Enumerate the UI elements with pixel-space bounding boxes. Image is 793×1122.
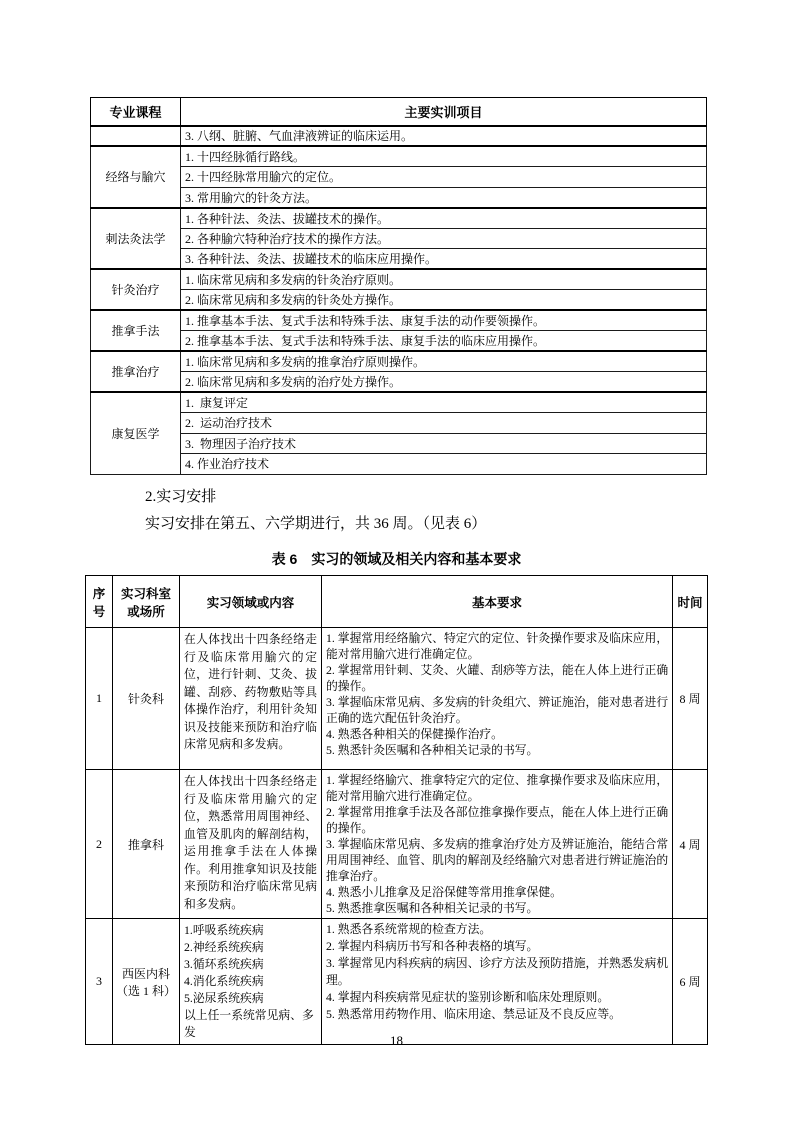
project-item: 1. 推拿基本手法、复式手法和特殊手法、康复手法的动作要领操作。 — [181, 310, 707, 331]
content-line: 5.泌尿系统疾病 — [184, 990, 317, 1007]
table-row: 4. 作业治疗技术 — [91, 454, 707, 475]
duration-cell: 8 周 — [673, 628, 708, 770]
project-item: 2. 十四经脉常用腧穴的定位。 — [181, 167, 707, 188]
course-cell: 刺法灸法学 — [91, 208, 181, 270]
project-item: 3. 常用腧穴的针灸方法。 — [181, 187, 707, 208]
course-cell: 推拿手法 — [91, 310, 181, 351]
requirement-item: 2. 掌握内科病历书写和各种表格的填写。 — [326, 938, 669, 955]
project-item: 2. 临床常见病和多发病的治疗处方操作。 — [181, 372, 707, 393]
requirements-cell: 1. 掌握经络腧穴、推拿特定穴的定位、推拿操作要求及临床应用，能对常用腧穴进行准… — [322, 770, 673, 919]
project-item: 3. 八纲、脏腑、气血津液辨证的临床运用。 — [181, 126, 707, 147]
content-cell: 在人体找出十四条经络走行及临床常用腧穴的定位，熟悉常用周围神经、血管及肌肉的解剖… — [180, 770, 322, 919]
t1-header-course: 专业课程 — [91, 98, 181, 126]
requirement-item: 5. 熟悉常用药物作用、临床用途、禁忌证及不良反应等。 — [326, 1006, 669, 1023]
page-number: 18 — [0, 1033, 793, 1049]
t2-header-no: 序号 — [86, 576, 113, 628]
table-row: 3. 常用腧穴的针灸方法。 — [91, 187, 707, 208]
table-row: 推拿治疗 1. 临床常见病和多发病的推拿治疗原则操作。 — [91, 351, 707, 372]
course-cell: 推拿治疗 — [91, 351, 181, 392]
t2-header-requirements: 基本要求 — [322, 576, 673, 628]
table-row: 2. 推拿基本手法、复式手法和特殊手法、康复手法的临床应用操作。 — [91, 331, 707, 352]
training-projects-table: 专业课程 主要实训项目 3. 八纲、脏腑、气血津液辨证的临床运用。 经络与腧穴 … — [90, 97, 707, 475]
section-paragraph: 实习安排在第五、六学期进行，共 36 周。（见表 6） — [145, 512, 486, 533]
project-item: 2. 临床常见病和多发病的针灸处方操作。 — [181, 290, 707, 311]
requirement-item: 3. 掌握常见内科疾病的病因、诊疗方法及预防措施，并熟悉发病机理。 — [326, 955, 669, 989]
table-row: 2. 运动治疗技术 — [91, 413, 707, 434]
requirement-item: 4. 掌握内科疾病常见症状的鉴别诊断和临床处理原则。 — [326, 989, 669, 1006]
course-cell: 经络与腧穴 — [91, 146, 181, 208]
table-row: 2. 临床常见病和多发病的针灸处方操作。 — [91, 290, 707, 311]
table-row: 针灸治疗 1. 临床常见病和多发病的针灸治疗原则。 — [91, 269, 707, 290]
requirement-item: 2. 掌握常用推拿手法及各部位推拿操作要点，能在人体上进行正确的操作。 — [326, 804, 669, 836]
table-header-row: 序号 实习科室或场所 实习领域或内容 基本要求 时间 — [86, 576, 708, 628]
t2-header-dept: 实习科室或场所 — [113, 576, 180, 628]
table-row: 3. 各种针法、灸法、拔罐技术的临床应用操作。 — [91, 249, 707, 270]
t2-header-content: 实习领域或内容 — [180, 576, 322, 628]
t1-header-projects: 主要实训项目 — [181, 98, 707, 126]
t2-header-duration: 时间 — [673, 576, 708, 628]
requirement-item: 5. 熟悉推拿医嘱和各种相关记录的书写。 — [326, 900, 669, 916]
table-row: 3 西医内科（选 1 科） 1.呼吸系统疾病 2.神经系统疾病 3.循环系统疾病… — [86, 919, 708, 1045]
internship-table: 序号 实习科室或场所 实习领域或内容 基本要求 时间 1 针灸科 在人体找出十四… — [85, 575, 708, 1045]
content-cell: 1.呼吸系统疾病 2.神经系统疾病 3.循环系统疾病 4.消化系统疾病 5.泌尿… — [180, 919, 322, 1045]
duration-cell: 4 周 — [673, 770, 708, 919]
table-row: 推拿手法 1. 推拿基本手法、复式手法和特殊手法、康复手法的动作要领操作。 — [91, 310, 707, 331]
table-row: 2. 各种腧穴特种治疗技术的操作方法。 — [91, 228, 707, 249]
project-item: 4. 作业治疗技术 — [181, 454, 707, 475]
content-line: 1.呼吸系统疾病 — [184, 922, 317, 939]
row-number: 1 — [86, 628, 113, 770]
course-cell: 康复医学 — [91, 392, 181, 474]
project-item: 1. 康复评定 — [181, 392, 707, 413]
project-item: 2. 推拿基本手法、复式手法和特殊手法、康复手法的临床应用操作。 — [181, 331, 707, 352]
project-item: 1. 各种针法、灸法、拔罐技术的操作。 — [181, 208, 707, 229]
course-cell — [91, 126, 181, 147]
requirement-item: 4. 熟悉小儿推拿及足浴保健等常用推拿保健。 — [326, 884, 669, 900]
table-row: 2 推拿科 在人体找出十四条经络走行及临床常用腧穴的定位，熟悉常用周围神经、血管… — [86, 770, 708, 919]
requirement-item: 5. 熟悉针灸医嘱和各种相关记录的书写。 — [326, 742, 669, 758]
document-page: 专业课程 主要实训项目 3. 八纲、脏腑、气血津液辨证的临床运用。 经络与腧穴 … — [0, 0, 793, 1122]
table-row: 经络与腧穴 1. 十四经脉循行路线。 — [91, 146, 707, 167]
project-item: 1. 十四经脉循行路线。 — [181, 146, 707, 167]
course-cell: 针灸治疗 — [91, 269, 181, 310]
dept-cell: 西医内科（选 1 科） — [113, 919, 180, 1045]
table-row: 1 针灸科 在人体找出十四条经络走行及临床常用腧穴的定位，进行针刺、艾灸、拔罐、… — [86, 628, 708, 770]
requirement-item: 3. 掌握临床常见病、多发病的针灸组穴、辨证施治，能对患者进行正确的选穴配伍针灸… — [326, 694, 669, 726]
project-item: 2. 运动治疗技术 — [181, 413, 707, 434]
table-header-row: 专业课程 主要实训项目 — [91, 98, 707, 126]
row-number: 2 — [86, 770, 113, 919]
table-row: 3. 八纲、脏腑、气血津液辨证的临床运用。 — [91, 126, 707, 147]
row-number: 3 — [86, 919, 113, 1045]
dept-cell: 针灸科 — [113, 628, 180, 770]
project-item: 3. 各种针法、灸法、拔罐技术的临床应用操作。 — [181, 249, 707, 270]
requirements-cell: 1. 掌握常用经络腧穴、特定穴的定位、针灸操作要求及临床应用，能对常用腧穴进行准… — [322, 628, 673, 770]
duration-cell: 6 周 — [673, 919, 708, 1045]
content-cell: 在人体找出十四条经络走行及临床常用腧穴的定位，进行针刺、艾灸、拔罐、刮痧、药物敷… — [180, 628, 322, 770]
requirement-item: 2. 掌握常用针刺、艾灸、火罐、刮痧等方法，能在人体上进行正确的操作。 — [326, 662, 669, 694]
table-row: 刺法灸法学 1. 各种针法、灸法、拔罐技术的操作。 — [91, 208, 707, 229]
project-item: 1. 临床常见病和多发病的针灸治疗原则。 — [181, 269, 707, 290]
requirement-item: 3. 掌握临床常见病、多发病的推拿治疗处方及辨证施治，能结合常用周围神经、血管、… — [326, 836, 669, 884]
requirement-item: 1. 掌握常用经络腧穴、特定穴的定位、针灸操作要求及临床应用，能对常用腧穴进行准… — [326, 630, 669, 662]
table-row: 2. 临床常见病和多发病的治疗处方操作。 — [91, 372, 707, 393]
content-line: 4.消化系统疾病 — [184, 973, 317, 990]
requirements-cell: 1. 熟悉各系统常规的检查方法。 2. 掌握内科病历书写和各种表格的填写。 3.… — [322, 919, 673, 1045]
project-item: 3. 物理因子治疗技术 — [181, 433, 707, 454]
table-row: 2. 十四经脉常用腧穴的定位。 — [91, 167, 707, 188]
requirement-item: 4. 熟悉各种相关的保健操作治疗。 — [326, 726, 669, 742]
dept-cell: 推拿科 — [113, 770, 180, 919]
content-line: 3.循环系统疾病 — [184, 956, 317, 973]
table-row: 康复医学 1. 康复评定 — [91, 392, 707, 413]
project-item: 2. 各种腧穴特种治疗技术的操作方法。 — [181, 228, 707, 249]
table-row: 3. 物理因子治疗技术 — [91, 433, 707, 454]
table6-title: 表 6 实习的领域及相关内容和基本要求 — [0, 549, 793, 569]
requirement-item: 1. 掌握经络腧穴、推拿特定穴的定位、推拿操作要求及临床应用，能对常用腧穴进行准… — [326, 772, 669, 804]
content-line: 2.神经系统疾病 — [184, 939, 317, 956]
project-item: 1. 临床常见病和多发病的推拿治疗原则操作。 — [181, 351, 707, 372]
section-heading: 2.实习安排 — [145, 485, 216, 506]
requirement-item: 1. 熟悉各系统常规的检查方法。 — [326, 921, 669, 938]
